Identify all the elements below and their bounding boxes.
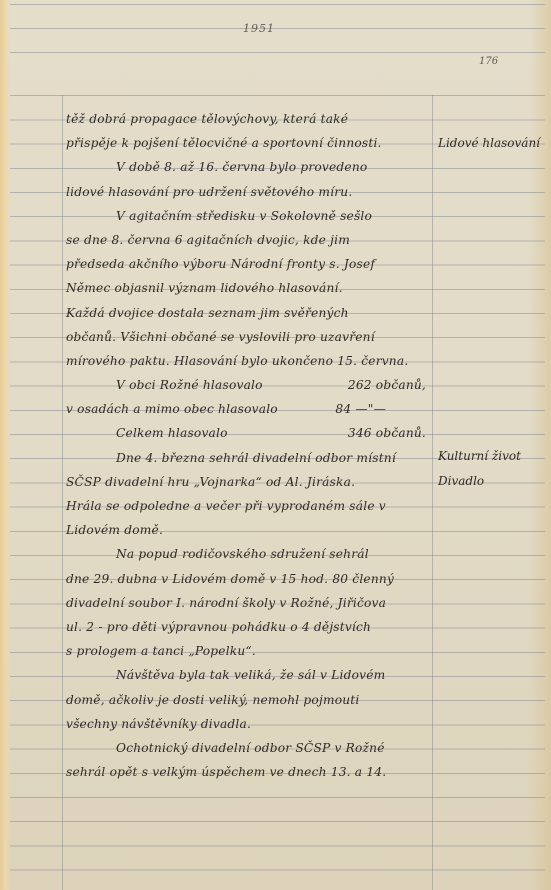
tally-value: 84 —"— bbox=[335, 397, 426, 421]
right-margin-rule bbox=[432, 95, 433, 890]
year-heading: 1951 bbox=[243, 22, 275, 35]
text-line: se dne 8. června 6 agitačních dvojic, kd… bbox=[66, 228, 430, 252]
tally-label: Celkem hlasovalo bbox=[116, 421, 228, 445]
tally-label: v osadách a mimo obec hlasovalo bbox=[66, 397, 278, 421]
tally-row-total: Celkem hlasovalo 346 občanů. bbox=[66, 421, 430, 445]
text-line: sehrál opět s velkým úspěchem ve dnech 1… bbox=[66, 760, 430, 784]
text-line: Němec objasnil význam lidového hlasování… bbox=[66, 276, 430, 300]
text-line: Na popud rodičovského sdružení sehrál bbox=[66, 542, 430, 566]
text-line: V agitačním středisku v Sokolovně sešlo bbox=[66, 204, 430, 228]
text-line: s prologem a tanci „Popelku“. bbox=[66, 639, 430, 663]
text-line: domě, ačkoliv je dosti veliký, nemohl po… bbox=[66, 688, 430, 712]
text-line: ul. 2 - pro děti výpravnou pohádku o 4 d… bbox=[66, 615, 430, 639]
text-line: Lidovém domě. bbox=[66, 518, 430, 542]
margin-note-kulturni-zivot: Kulturní život bbox=[438, 444, 548, 468]
text-line: SČSP divadelní hru „Vojnarka“ od Al. Jir… bbox=[66, 470, 430, 494]
text-line: těž dobrá propagace tělovýchovy, která t… bbox=[66, 107, 430, 131]
chronicle-page: 1951 176 Lidové hlasování Kulturní život… bbox=[0, 0, 551, 890]
text-line: V době 8. až 16. června bylo provedeno bbox=[66, 155, 430, 179]
text-line: Každá dvojice dostala seznam jim svěřený… bbox=[66, 301, 430, 325]
page-number: 176 bbox=[479, 56, 498, 67]
text-line: předseda akčního výboru Národní fronty s… bbox=[66, 252, 430, 276]
tally-row: v osadách a mimo obec hlasovalo 84 —"— bbox=[66, 397, 430, 421]
text-line: Hrála se odpoledne a večer při vyprodané… bbox=[66, 494, 430, 518]
text-line: Ochotnický divadelní odbor SČSP v Rožné bbox=[66, 736, 430, 760]
handwritten-body: těž dobrá propagace tělovýchovy, která t… bbox=[66, 107, 430, 784]
text-line: dne 29. dubna v Lidovém domě v 15 hod. 8… bbox=[66, 567, 430, 591]
text-line: Návštěva byla tak veliká, že sál v Lidov… bbox=[66, 663, 430, 687]
tally-value: 262 občanů, bbox=[348, 373, 426, 397]
text-line: lidové hlasování pro udržení světového m… bbox=[66, 180, 430, 204]
tally-value: 346 občanů. bbox=[348, 421, 426, 445]
text-line: občanů. Všichni občané se vyslovili pro … bbox=[66, 325, 430, 349]
text-line: divadelní soubor I. národní školy v Rožn… bbox=[66, 591, 430, 615]
margin-note-lidove-hlasovani: Lidové hlasování bbox=[438, 131, 548, 155]
text-line: přispěje k pojšení tělocvičné a sportovn… bbox=[66, 131, 430, 155]
text-line: Dne 4. března sehrál divadelní odbor mís… bbox=[66, 446, 430, 470]
text-line: všechny návštěvníky divadla. bbox=[66, 712, 430, 736]
tally-row: V obci Rožné hlasovalo 262 občanů, bbox=[66, 373, 430, 397]
tally-label: V obci Rožné hlasovalo bbox=[116, 373, 263, 397]
margin-note-divadlo: Divadlo bbox=[438, 469, 548, 493]
text-line: mírového paktu. Hlasování bylo ukončeno … bbox=[66, 349, 430, 373]
left-margin-rule bbox=[62, 95, 63, 890]
